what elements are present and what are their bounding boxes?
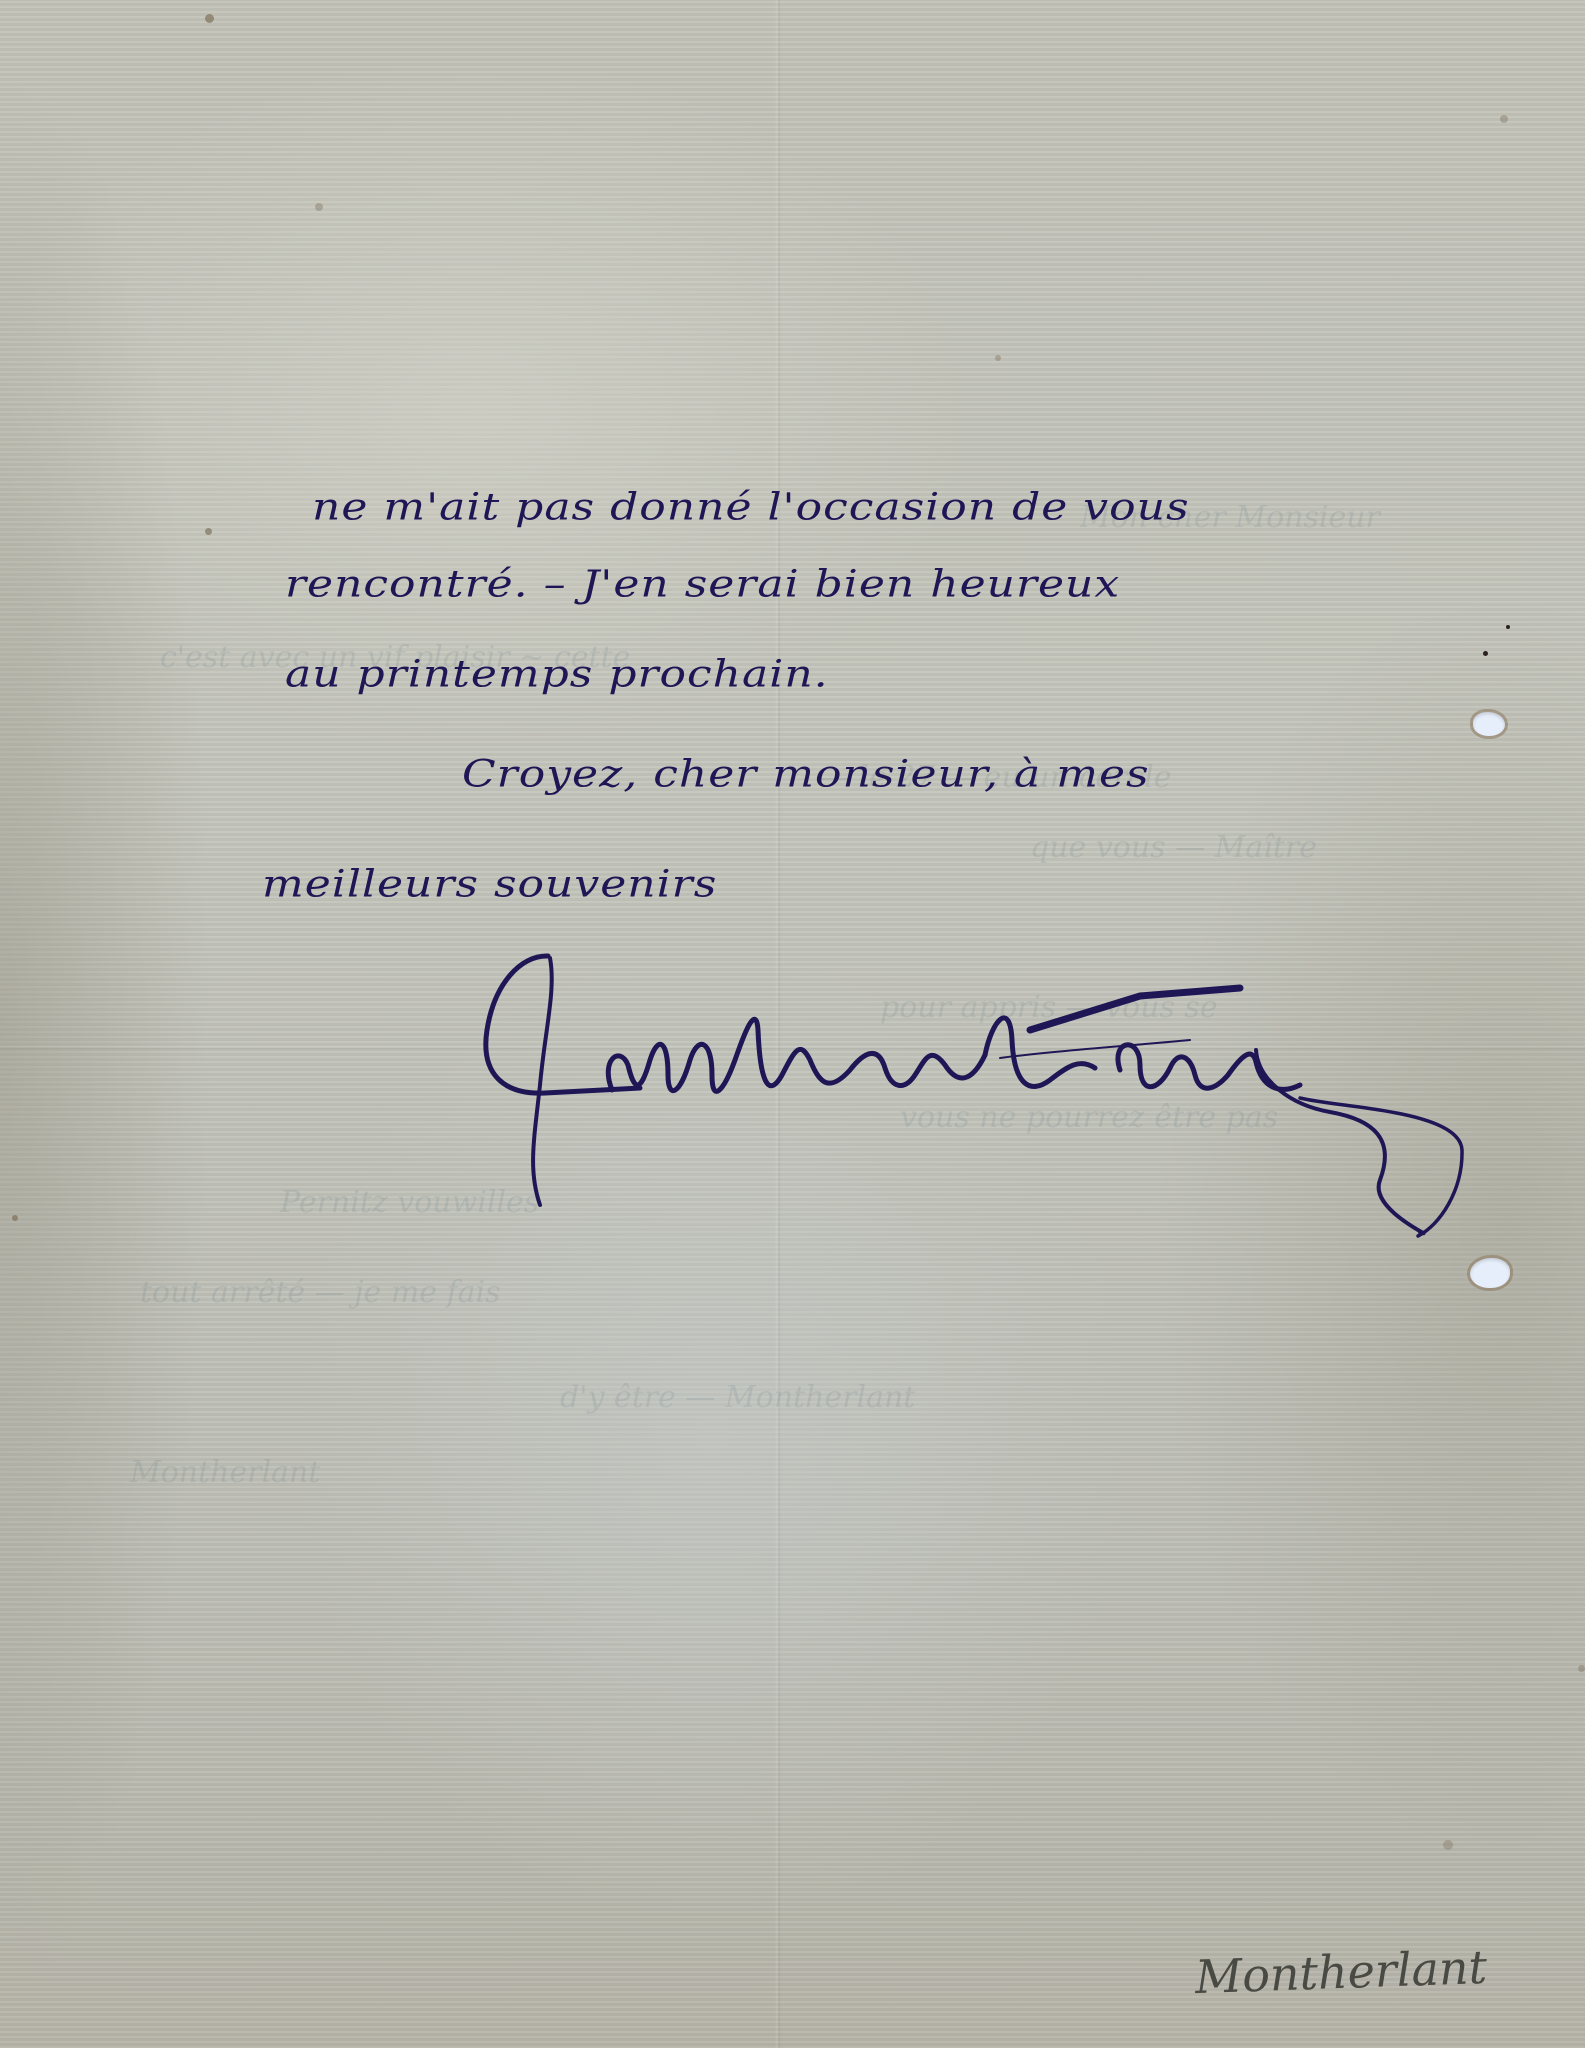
punched-hole-lower — [1470, 1258, 1510, 1288]
ink-mark — [1506, 625, 1510, 629]
ink-mark — [1483, 651, 1488, 656]
signature-montherlant — [0, 0, 1585, 2048]
punched-hole-upper — [1473, 712, 1505, 736]
pencil-annotation: Montherlant — [1194, 1940, 1488, 2004]
letter-page: Mon cher Monsieur c'est avec un vif plai… — [0, 0, 1585, 2048]
